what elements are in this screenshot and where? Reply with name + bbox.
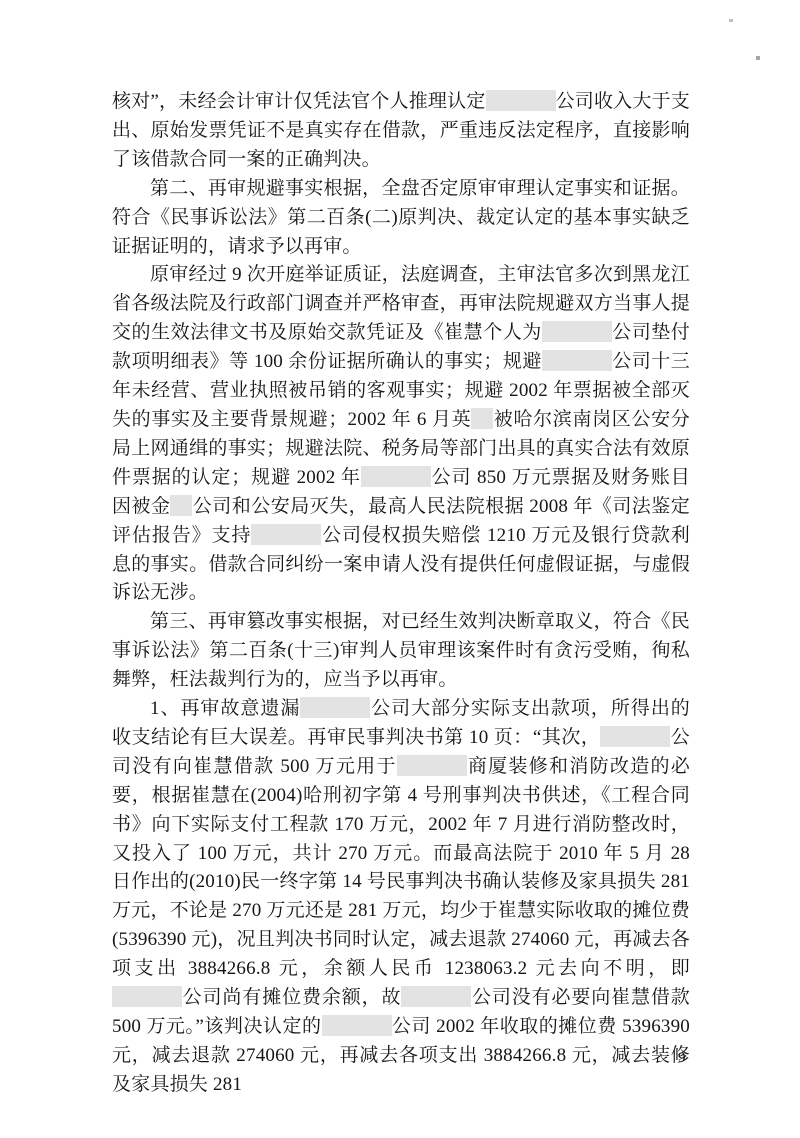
redaction-box: [300, 697, 370, 718]
text-segment: 第二、再审规避事实根据，全盘否定原审审理认定事实和证据。符合《民事诉讼法》第二百…: [112, 178, 690, 257]
scan-artifact: [756, 56, 760, 60]
text-segment: 公司尚有摊位费余额，故: [182, 987, 401, 1008]
redaction-box: [486, 90, 556, 111]
paragraph: 第三、再审篡改事实根据，对已经生效判决断章取义，符合《民事诉讼法》第二百条(十三…: [112, 608, 690, 695]
text-segment: 第三、再审篡改事实根据，对已经生效判决断章取义，符合《民事诉讼法》第二百条(十三…: [112, 611, 690, 690]
document-body: 核对”，未经会计审计仅凭法官个人推理认定公司收入大于支出、原始发票凭证不是真实存…: [112, 88, 690, 1100]
paragraph: 1、再审故意遗漏公司大部分实际支出款项，所得出的收支结论有巨大误差。再审民事判决…: [112, 695, 690, 1100]
redaction-box: [542, 321, 612, 342]
paragraph: 第二、再审规避事实根据，全盘否定原审审理认定事实和证据。符合《民事诉讼法》第二百…: [112, 175, 690, 262]
text-segment: 核对”，未经会计审计仅凭法官个人推理认定: [112, 91, 486, 112]
redaction-box: [401, 986, 471, 1007]
redaction-box: [361, 466, 431, 487]
text-segment: 1、再审故意遗漏: [150, 698, 300, 719]
paragraph: 原审经过 9 次开庭举证质证，法庭调查，主审法官多次到黑龙江省各级法院及行政部门…: [112, 261, 690, 608]
redaction-box: [600, 726, 670, 747]
redaction-box: [251, 524, 321, 545]
redaction-box: [542, 350, 612, 371]
redaction-box: [170, 495, 192, 516]
redaction-box: [397, 755, 467, 776]
redaction-box: [112, 986, 182, 1007]
paragraph: 核对”，未经会计审计仅凭法官个人推理认定公司收入大于支出、原始发票凭证不是真实存…: [112, 88, 690, 175]
text-segment: 商厦装修和消防改造的必要，根据崔慧在(2004)哈刑初字第 4 号刑事判决书供述…: [112, 756, 690, 979]
scan-artifact: [729, 19, 733, 22]
scanned-document-page: 核对”，未经会计审计仅凭法官个人推理认定公司收入大于支出、原始发票凭证不是真实存…: [0, 0, 800, 1138]
redaction-box: [471, 408, 493, 429]
redaction-box: [322, 1015, 392, 1036]
page-number: 9: [678, 1050, 686, 1067]
